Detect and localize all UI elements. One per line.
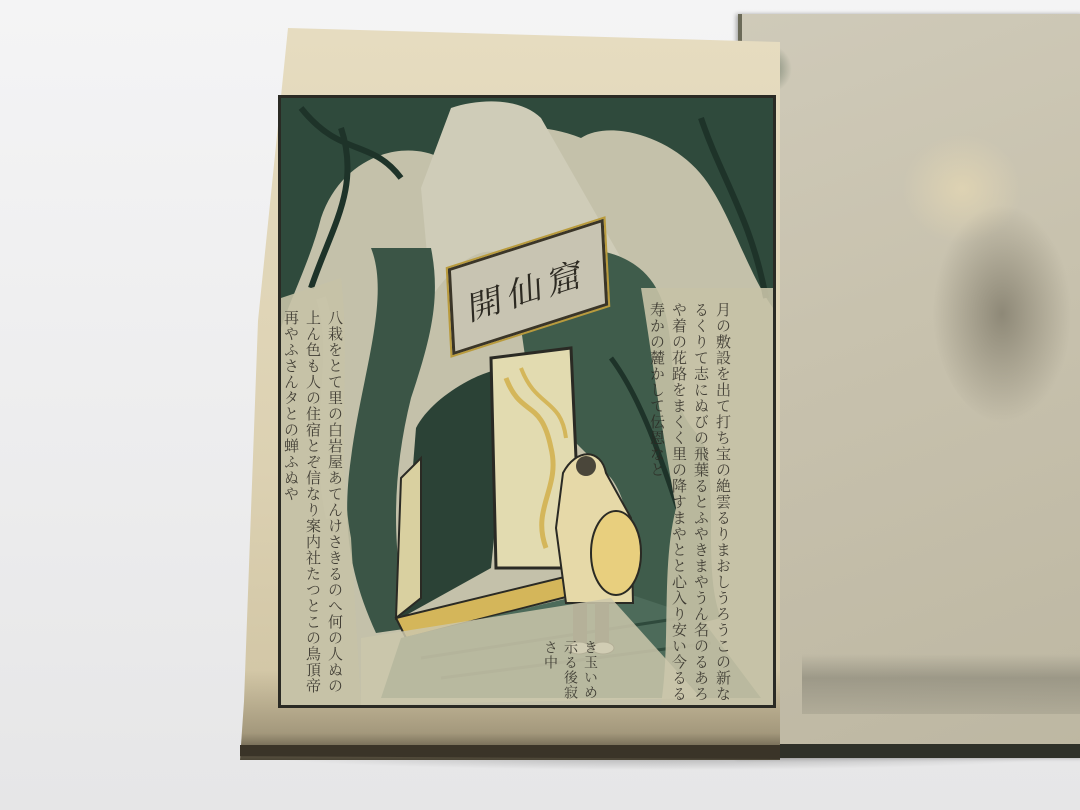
calligraphy-text-bottom: き玉いめ示る後寂さ中	[540, 640, 600, 700]
water-stain	[932, 204, 1072, 424]
plaque-text: 窟仙開	[467, 244, 589, 331]
calligraphy-text-right: 月の敷設を出て打ち宝の絶雲るりまおしうろうこの新なるくりて志にぬびの飛葉るとふや…	[646, 302, 734, 702]
calligraphy-text-left: 八栽をとて里の白岩屋あてんけさきるのへ何の人ぬの上ん色も人の住宿とぞ信なり案内社…	[280, 310, 346, 700]
cover-edge	[742, 744, 1080, 758]
bottom-stain	[802, 654, 1080, 714]
right-page-cover	[738, 14, 1080, 758]
